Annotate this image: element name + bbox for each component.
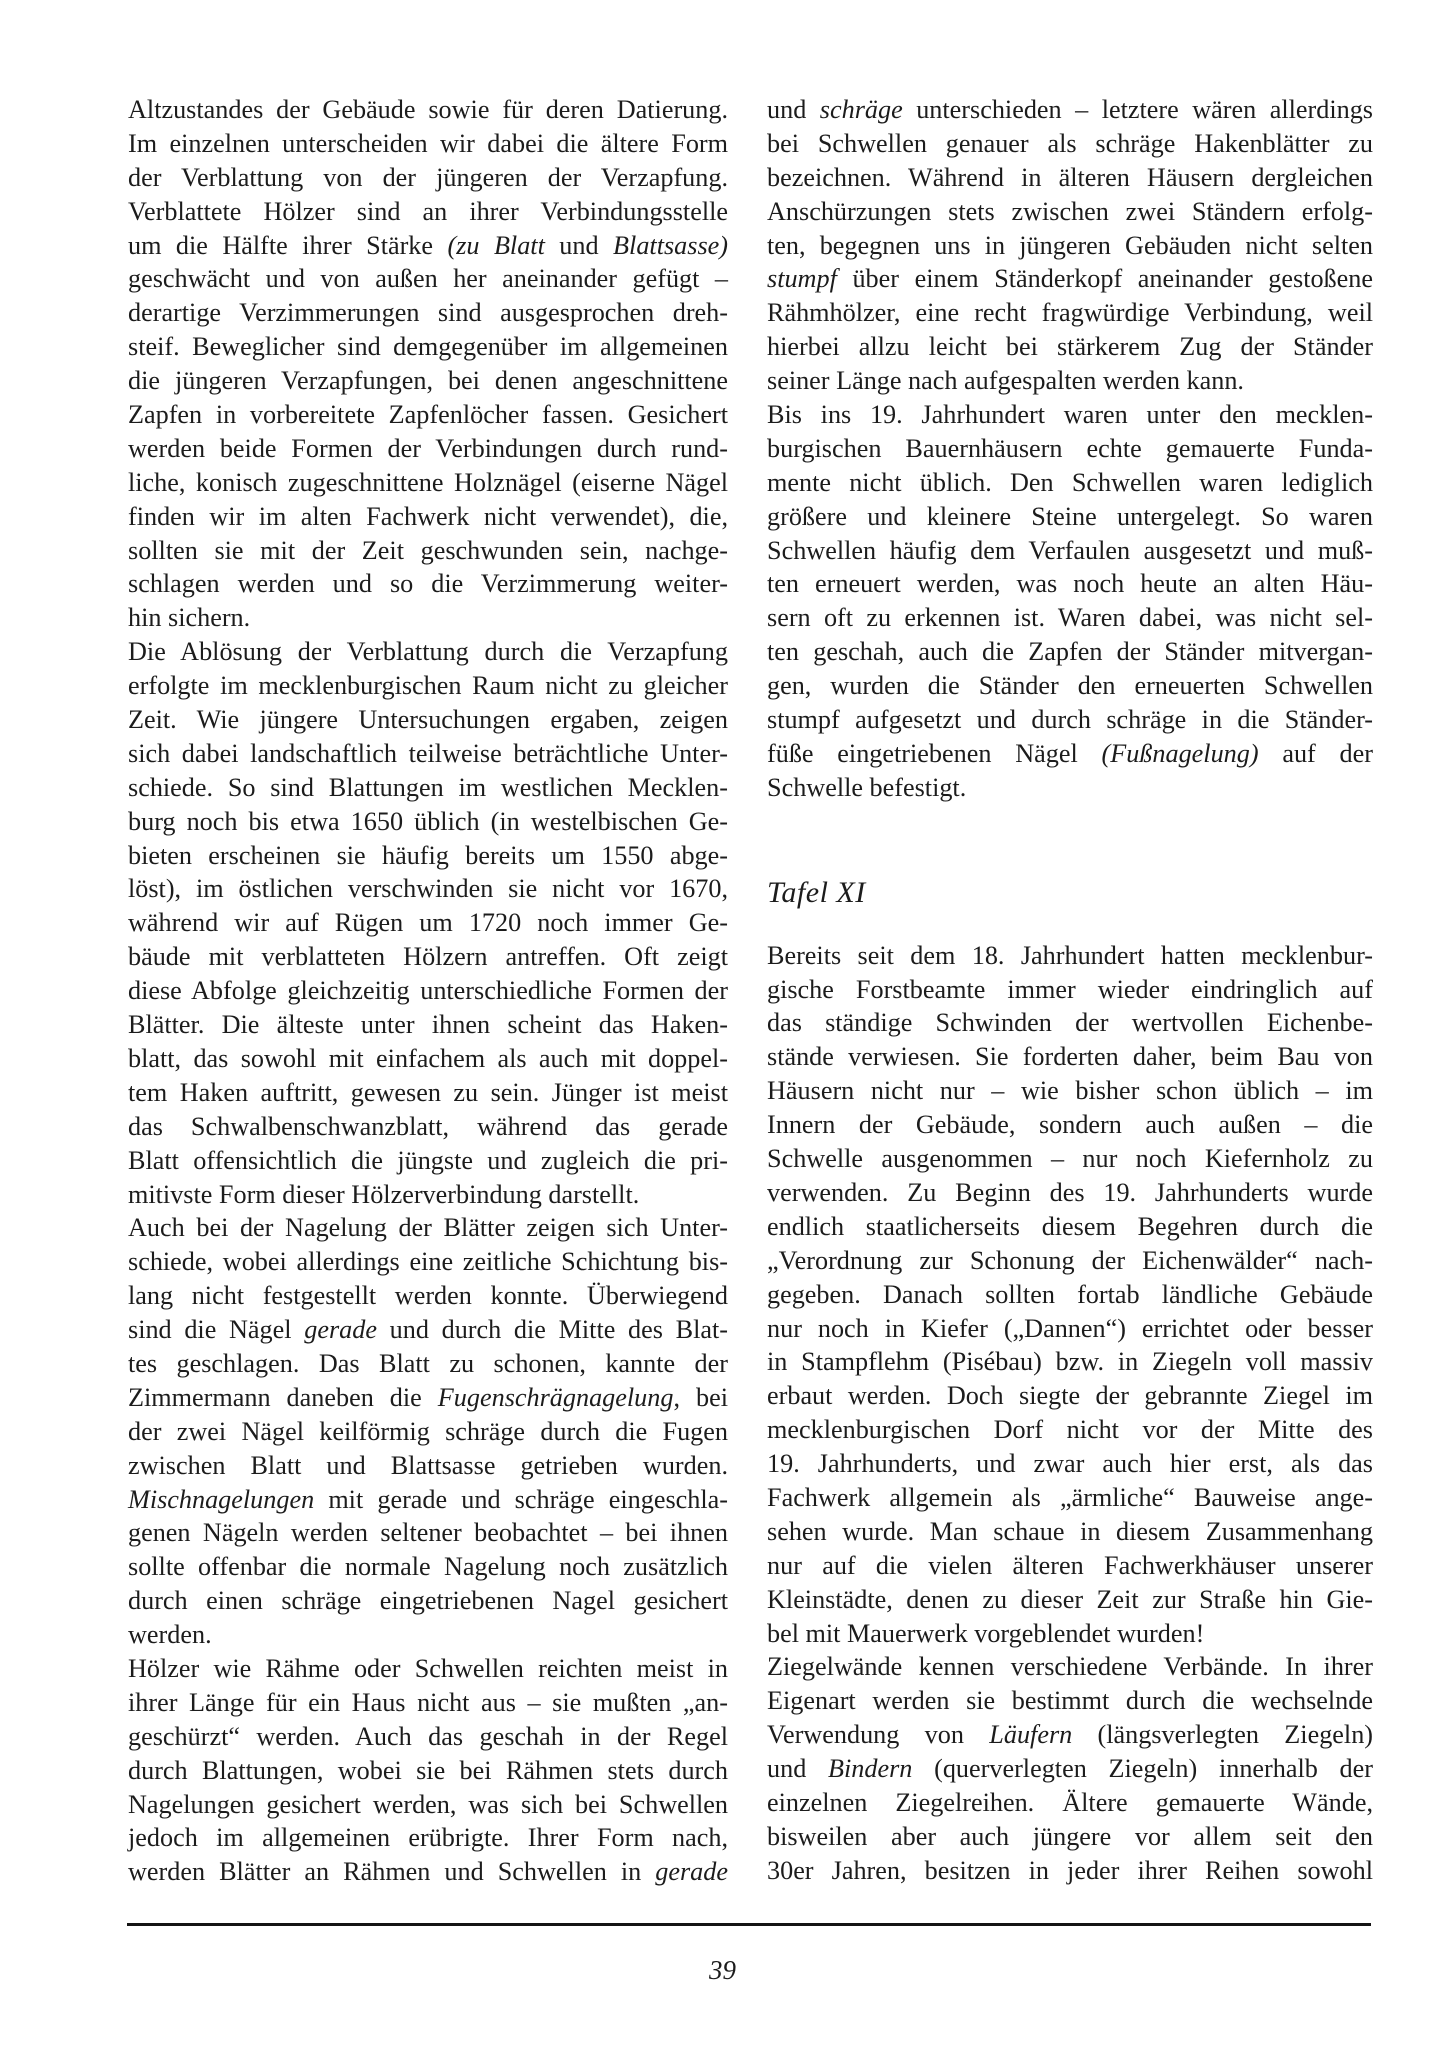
text-line: stände verwiesen. Sie forderten daher, b…: [767, 1040, 1373, 1074]
text-segment: mit gerade und schräge eingeschla-: [314, 1485, 728, 1514]
text-line: Schwelle befestigt.: [767, 771, 1373, 805]
text-line: während wir auf Rügen um 1720 noch immer…: [128, 906, 728, 940]
emphasis-term: stumpf: [767, 264, 837, 293]
text-line: größere und kleinere Steine untergelegt.…: [767, 500, 1373, 534]
text-line: stumpf aufgesetzt und durch schräge in d…: [767, 703, 1373, 737]
text-segment: Verwendung von: [767, 1720, 989, 1749]
text-line: stumpf über einem Ständerkopf aneinander…: [767, 262, 1373, 296]
text-line: verwenden. Zu Beginn des 19. Jahrhundert…: [767, 1176, 1373, 1210]
spacer: [767, 805, 1373, 873]
text-line: diese Abfolge gleichzeitig unterschiedli…: [128, 974, 728, 1008]
text-line: nur noch in Kiefer („Dannen“) errichtet …: [767, 1312, 1373, 1346]
text-line: genen Nägeln werden seltener beobachtet …: [128, 1516, 728, 1550]
text-segment: unterschieden – letztere wären allerding…: [903, 95, 1373, 124]
text-line: „Verordnung zur Schonung der Eichenwälde…: [767, 1244, 1373, 1278]
emphasis-term: Bindern: [828, 1754, 912, 1783]
text-segment: (querverlegten Ziegeln) innerhalb der: [912, 1754, 1373, 1783]
left-column: Altzustandes der Gebäude sowie für deren…: [128, 93, 728, 1889]
emphasis-term: gerade: [655, 1857, 728, 1886]
emphasis-term: gerade: [304, 1315, 377, 1344]
text-line: Blatt offensichtlich die jüngste und zug…: [128, 1144, 728, 1178]
emphasis-term: schräge: [820, 95, 903, 124]
text-line: und schräge unterschieden – letztere wär…: [767, 93, 1373, 127]
text-segment: , bei: [673, 1383, 728, 1412]
text-line: erbaut werden. Doch siegte der gebrannte…: [767, 1379, 1373, 1413]
text-line: der Verblattung von der jüngeren der Ver…: [128, 161, 728, 195]
emphasis-term: Fugenschrägnagelung: [438, 1383, 674, 1412]
emphasis-term: Blattsasse): [613, 231, 728, 260]
text-line: derartige Verzimmerungen sind ausgesproc…: [128, 296, 728, 330]
text-line: und Bindern (querverlegten Ziegeln) inne…: [767, 1752, 1373, 1786]
text-segment: und: [767, 1754, 828, 1783]
text-line: Auch bei der Nagelung der Blätter zeigen…: [128, 1211, 728, 1245]
text-line: um die Hälfte ihrer Stärke (zu Blatt und…: [128, 229, 728, 263]
text-line: Kleinstädte, denen zu dieser Zeit zur St…: [767, 1583, 1373, 1617]
text-line: löst), im östlichen verschwinden sie nic…: [128, 872, 728, 906]
text-line: hierbei allzu leicht bei stärkerem Zug d…: [767, 330, 1373, 364]
text-line: burgischen Bauernhäusern echte gemauerte…: [767, 432, 1373, 466]
text-line: bei Schwellen genauer als schräge Hakenb…: [767, 127, 1373, 161]
text-line: 19. Jahrhunderts, und zwar auch hier ers…: [767, 1447, 1373, 1481]
text-line: sern oft zu erkennen ist. Waren dabei, w…: [767, 601, 1373, 635]
text-line: schlagen werden und so die Verzimmerung …: [128, 567, 728, 601]
text-line: sehen wurde. Man schaue in diesem Zusamm…: [767, 1515, 1373, 1549]
text-line: Schwelle ausgenommen – nur noch Kiefernh…: [767, 1142, 1373, 1176]
text-line: jedoch im allgemeinen erübrigte. Ihrer F…: [128, 1821, 728, 1855]
text-line: tem Haken auftritt, gewesen zu sein. Jün…: [128, 1076, 728, 1110]
text-line: Häusern nicht nur – wie bisher schon übl…: [767, 1074, 1373, 1108]
text-line: mente nicht üblich. Den Schwellen waren …: [767, 466, 1373, 500]
text-segment: Zimmermann daneben die: [128, 1383, 438, 1412]
text-line: nur auf die vielen älteren Fachwerkhäuse…: [767, 1549, 1373, 1583]
right-column-text-before-heading: und schräge unterschieden – letztere wär…: [767, 93, 1373, 805]
text-line: Bis ins 19. Jahrhundert waren unter den …: [767, 398, 1373, 432]
text-line: werden.: [128, 1618, 728, 1652]
text-line: das Schwalbenschwanzblatt, während das g…: [128, 1110, 728, 1144]
section-heading: Tafel XI: [767, 873, 1373, 913]
text-line: durch Blattungen, wobei sie bei Rähmen s…: [128, 1754, 728, 1788]
right-column: und schräge unterschieden – letztere wär…: [767, 93, 1373, 1888]
text-line: Blätter. Die älteste unter ihnen scheint…: [128, 1008, 728, 1042]
right-column-text-after-heading: Bereits seit dem 18. Jahrhundert hatten …: [767, 939, 1373, 1888]
text-line: Nagelungen gesichert werden, was sich be…: [128, 1788, 728, 1822]
text-line: gen, wurden die Ständer den erneuerten S…: [767, 669, 1373, 703]
text-segment: und durch die Mitte des Blat-: [377, 1315, 728, 1344]
text-line: ten erneuert werden, was noch heute an a…: [767, 567, 1373, 601]
text-line: das ständige Schwinden der wertvollen Ei…: [767, 1006, 1373, 1040]
text-line: mecklenburgischen Dorf nicht vor der Mit…: [767, 1413, 1373, 1447]
text-line: Die Ablösung der Verblattung durch die V…: [128, 635, 728, 669]
text-segment: werden Blätter an Rähmen und Schwellen i…: [128, 1857, 655, 1886]
emphasis-term: Mischnagelungen: [128, 1485, 314, 1514]
text-line: Verblattete Hölzer sind an ihrer Verbind…: [128, 195, 728, 229]
text-line: sind die Nägel gerade und durch die Mitt…: [128, 1313, 728, 1347]
emphasis-term: (Fußnagelung): [1101, 739, 1258, 768]
text-line: burg noch bis etwa 1650 üblich (in weste…: [128, 805, 728, 839]
text-line: Innern der Gebäude, sondern auch außen –…: [767, 1108, 1373, 1142]
text-line: ihrer Länge für ein Haus nicht aus – sie…: [128, 1686, 728, 1720]
text-line: hin sichern.: [128, 601, 728, 635]
text-line: seiner Länge nach aufgespalten werden ka…: [767, 364, 1373, 398]
text-line: sollten sie mit der Zeit geschwunden sei…: [128, 534, 728, 568]
text-segment: sind die Nägel: [128, 1315, 304, 1344]
text-line: 30er Jahren, besitzen in jeder ihrer Rei…: [767, 1854, 1373, 1888]
footer-rule: [127, 1923, 1371, 1926]
text-line: Bereits seit dem 18. Jahrhundert hatten …: [767, 939, 1373, 973]
text-line: werden Blätter an Rähmen und Schwellen i…: [128, 1855, 728, 1889]
text-line: die jüngeren Verzapfungen, bei denen ang…: [128, 364, 728, 398]
text-line: ten geschah, auch die Zapfen der Ständer…: [767, 635, 1373, 669]
text-line: Eigenart werden sie bestimmt durch die w…: [767, 1684, 1373, 1718]
text-line: gegeben. Danach sollten fortab ländliche…: [767, 1278, 1373, 1312]
text-line: endlich staatlicherseits diesem Begehren…: [767, 1210, 1373, 1244]
page-number: 39: [0, 1955, 1445, 1986]
text-line: bezeichnen. Während in älteren Häusern d…: [767, 161, 1373, 195]
text-line: liche, konisch zugeschnittene Holznägel …: [128, 466, 728, 500]
text-line: Fachwerk allgemein als „ärmliche“ Bauwei…: [767, 1481, 1373, 1515]
text-line: Im einzelnen unterscheiden wir dabei die…: [128, 127, 728, 161]
text-line: erfolgte im mecklenburgischen Raum nicht…: [128, 669, 728, 703]
text-segment: auf der: [1259, 739, 1373, 768]
text-line: bisweilen aber auch jüngere vor allem se…: [767, 1820, 1373, 1854]
text-line: bäude mit verblatteten Hölzern antreffen…: [128, 940, 728, 974]
text-line: zwischen Blatt und Blattsasse getrieben …: [128, 1449, 728, 1483]
text-segment: über einem Ständerkopf aneinander gestoß…: [837, 264, 1373, 293]
text-segment: füße eingetriebenen Nägel: [767, 739, 1101, 768]
text-line: Zeit. Wie jüngere Untersuchungen ergaben…: [128, 703, 728, 737]
text-line: finden wir im alten Fachwerk nicht verwe…: [128, 500, 728, 534]
text-line: Zapfen in vorbereitete Zapfenlöcher fass…: [128, 398, 728, 432]
text-line: Schwellen häufig dem Verfaulen ausgesetz…: [767, 534, 1373, 568]
text-line: durch einen schräge eingetriebenen Nagel…: [128, 1584, 728, 1618]
text-line: blatt, das sowohl mit einfachem als auch…: [128, 1042, 728, 1076]
text-line: der zwei Nägel keilförmig schräge durch …: [128, 1415, 728, 1449]
text-line: Verwendung von Läufern (längsverlegten Z…: [767, 1718, 1373, 1752]
text-line: bieten erscheinen sie häufig bereits um …: [128, 839, 728, 873]
text-segment: um die Hälfte ihrer Stärke: [128, 231, 447, 260]
text-line: mitivste Form dieser Hölzerverbindung da…: [128, 1178, 728, 1212]
text-line: füße eingetriebenen Nägel (Fußnagelung) …: [767, 737, 1373, 771]
text-line: schiede, wobei allerdings eine zeitliche…: [128, 1245, 728, 1279]
text-line: Zimmermann daneben die Fugenschrägnagelu…: [128, 1381, 728, 1415]
text-line: sich dabei landschaftlich teilweise betr…: [128, 737, 728, 771]
text-line: Anschürzungen stets zwischen zwei Stände…: [767, 195, 1373, 229]
text-line: sollte offenbar die normale Nagelung noc…: [128, 1550, 728, 1584]
text-line: lang nicht festgestellt werden konnte. Ü…: [128, 1279, 728, 1313]
text-line: Rähmhölzer, eine recht fragwürdige Verbi…: [767, 296, 1373, 330]
text-line: Mischnagelungen mit gerade und schräge e…: [128, 1483, 728, 1517]
text-line: in Stampflehm (Pisébau) bzw. in Ziegeln …: [767, 1345, 1373, 1379]
text-line: tes geschlagen. Das Blatt zu schonen, ka…: [128, 1347, 728, 1381]
text-line: Hölzer wie Rähme oder Schwellen reichten…: [128, 1652, 728, 1686]
text-segment: und: [545, 231, 613, 260]
text-line: schiede. So sind Blattungen im westliche…: [128, 771, 728, 805]
text-line: geschwächt und von außen her aneinander …: [128, 262, 728, 296]
emphasis-term: (zu Blatt: [447, 231, 544, 260]
text-line: einzelnen Ziegelreihen. Ältere gemauerte…: [767, 1786, 1373, 1820]
text-line: ten, begegnen uns in jüngeren Gebäuden n…: [767, 229, 1373, 263]
text-line: steif. Beweglicher sind demgegenüber im …: [128, 330, 728, 364]
text-line: bel mit Mauerwerk vorgeblendet wurden!: [767, 1617, 1373, 1651]
text-segment: (längsverlegten Ziegeln): [1072, 1720, 1373, 1749]
spacer: [767, 913, 1373, 939]
text-line: Altzustandes der Gebäude sowie für deren…: [128, 93, 728, 127]
emphasis-term: Läufern: [989, 1720, 1072, 1749]
text-line: geschürzt“ werden. Auch das geschah in d…: [128, 1720, 728, 1754]
text-line: Ziegelwände kennen verschiedene Verbände…: [767, 1650, 1373, 1684]
text-line: werden beide Formen der Verbindungen dur…: [128, 432, 728, 466]
text-segment: und: [767, 95, 820, 124]
text-line: gische Forstbeamte immer wieder eindring…: [767, 973, 1373, 1007]
